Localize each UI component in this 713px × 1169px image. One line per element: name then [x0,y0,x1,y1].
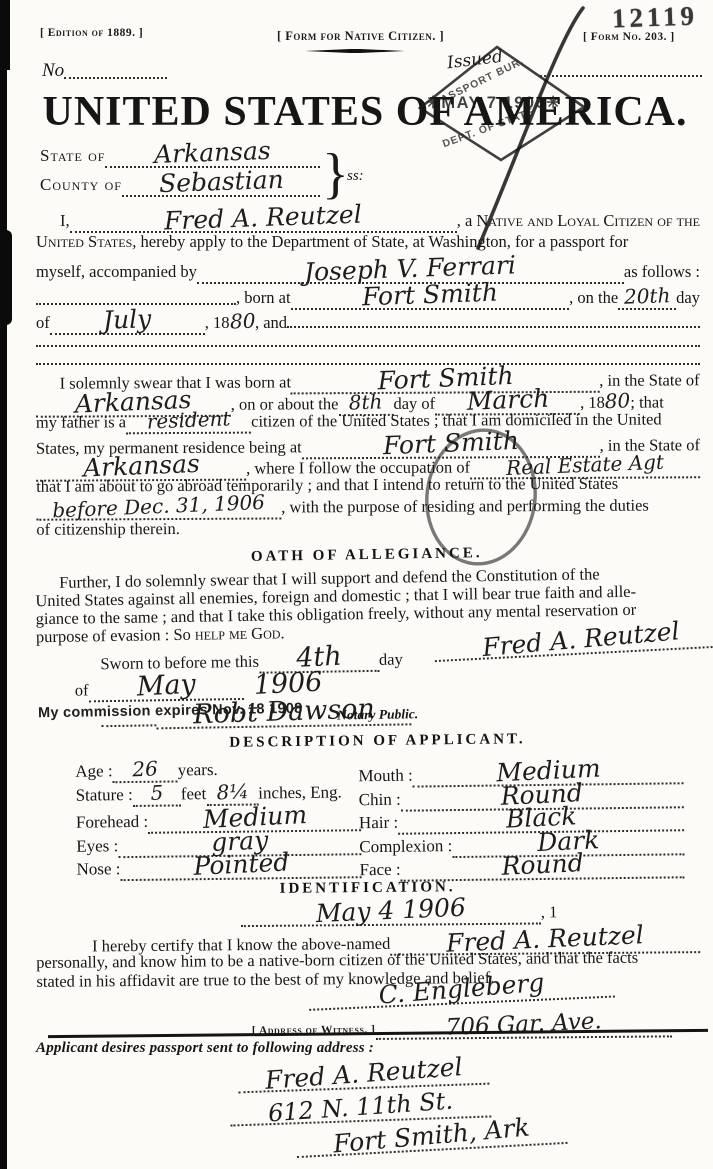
delivery-address-notice: Applicant desires passport sent to follo… [36,1040,374,1057]
apply-tail1: , a [457,211,473,231]
state-field: Arkansas [105,141,320,168]
applicant-name-field: Fred A. Reutzel [70,206,457,233]
sworn-month-handwritten: March [466,386,549,413]
affidavit-l1b: , in the State of [599,370,699,391]
apply-i: I, [36,211,70,231]
birth-month-handwritten: July [103,307,152,332]
sworn-day-handwritten: 8th [349,392,383,412]
age-handwritten: 26 [132,759,158,779]
return-date-field: before Dec. 31, 1906 [36,496,281,520]
nose-field: Pointed [120,851,361,881]
passport-application-page: [ Edition of 1889. ] [ Form for Native C… [0,0,713,1169]
dotted-line [287,324,700,328]
page-title: UNITED STATES OF AMERICA. [40,88,690,136]
oath-month-handwritten: May [136,672,196,701]
oath-l4a: purpose of evasion : So [36,625,191,647]
apply-united-states: United States, [36,232,136,252]
identification-date-handwritten: May 4 1906 [315,896,466,926]
apply-line3a: myself, accompanied by [36,262,197,282]
residence-handwritten: Fort Smith [382,428,519,457]
apply-line2: hereby apply to the Department of State,… [141,232,629,252]
year-printed: , 18 [205,313,230,333]
sworn-year-handwritten: 80 [604,391,630,411]
identification-date-field: May 4 1906 [241,897,541,927]
and-label: , and [255,313,287,333]
birth-month-field: July [50,308,205,335]
occupation-handwritten: Real Estate Agt [506,453,665,478]
birth-day-handwritten: 20th [624,286,671,307]
nose-label: Nose : [76,859,120,880]
age-label: Age : [75,761,113,781]
stature-feet-label: feet [181,784,207,804]
apply-line3b: as follows : [624,262,700,282]
mouth-label: Mouth : [358,766,413,787]
county-of-label: County of [40,175,122,195]
birthplace-field: Fort Smith [291,283,570,310]
state-of-label: State of [40,146,105,166]
stature-label: Stature : [76,784,133,805]
stature-inches-handwritten: 8¼ [216,782,249,802]
age-field: 26 [113,759,178,783]
stature-feet-field: 5 [133,783,181,807]
dotted-line [36,343,700,347]
birth-year-handwritten: 80 [229,312,255,332]
oath-so-help: help me God. [195,623,285,644]
identification-date-printed: , 1 [541,902,558,922]
nose-handwritten: Pointed [193,850,290,878]
witness-address-handwritten: 706 Gar. Ave. [445,1011,602,1040]
age-suffix: years. [178,760,218,780]
state-handwritten: Arkansas [154,139,271,167]
return-date-handwritten: before Dec. 31, 1906 [52,493,265,521]
face-label: Face : [359,860,400,881]
notary-public-label: Notary Public. [337,706,418,723]
dotted-line [36,361,700,365]
hair-label: Hair : [359,813,398,833]
dotted-line [540,73,702,77]
eyes-label: Eyes : [76,836,118,857]
father-handwritten: resident [146,409,230,431]
oath-day-word: day [379,649,403,669]
of-label: of [36,313,50,333]
dotted-line [101,722,156,727]
county-field: Sebastian [122,170,320,197]
face-handwritten: Round [501,851,584,879]
witness-address-field: 706 Gar. Ave. [375,1013,672,1040]
birth-day-field: 20th [618,287,676,310]
apply-native-citizen: Native and Loyal Citizen of the [476,211,700,231]
county-handwritten: Sebastian [158,168,283,196]
venue-brace: } [322,146,349,202]
day-word: day [676,288,700,308]
affidavit-l7: , with the purpose of residing and perfo… [281,496,649,518]
born-at-label: , born at [236,288,291,308]
residence-state-handwritten: Arkansas [82,452,200,480]
oath-year-handwritten: 1906 [253,670,323,699]
birthplace-handwritten: Fort Smith [361,281,498,309]
chin-label: Chin : [359,789,401,810]
applicant-name-handwritten: Fred A. Reutzel [164,203,362,234]
on-the-label: , on the [569,288,618,308]
oath-of-label: of [37,680,89,701]
ss-label: ss: [347,168,364,185]
stature-feet-handwritten: 5 [150,783,164,803]
